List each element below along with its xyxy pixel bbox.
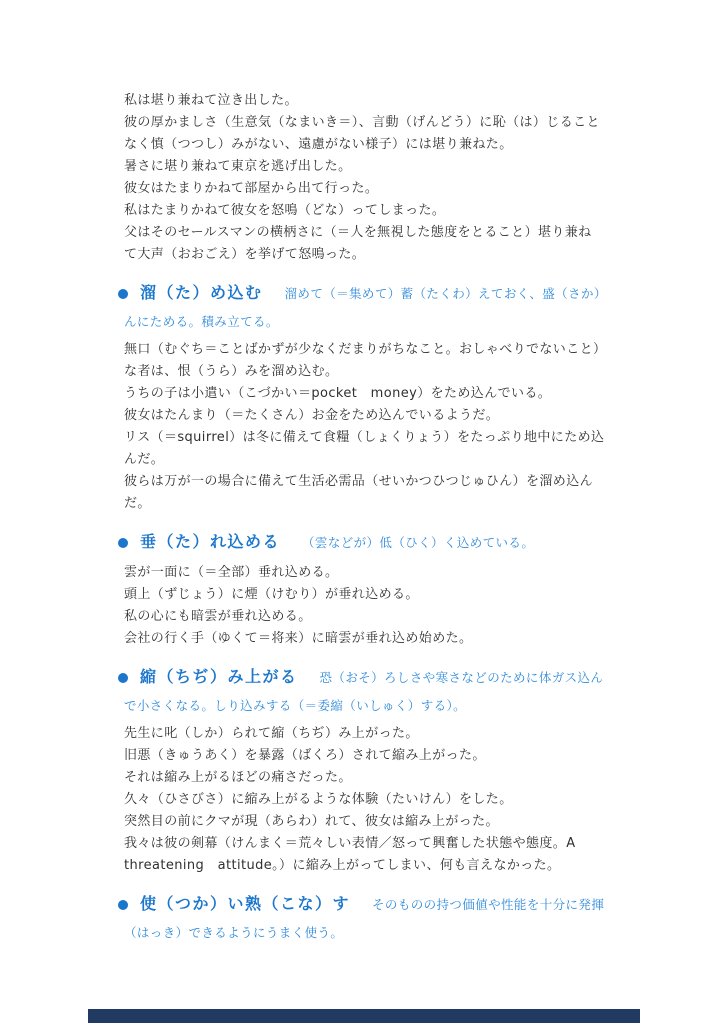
document-page: 私は堪り兼ねて泣き出した。彼の厚かましさ（生意気（なまいき＝）、言動（げんどう）… [0, 0, 724, 1023]
section-tsukaikonasu: 使（つか）い熟（こな）す そのものの持つ価値や性能を十分に発揮 （はっき）できる… [124, 891, 648, 944]
definition-continuation: で小さくなる。しり込みする（＝委縮（いしゅく）する）。 [124, 695, 648, 717]
text-line: 父はそのセールスマンの横柄さに（＝人を無視した態度をとること）堪り兼ね [124, 222, 648, 244]
text-line: threatening attitude。）に縮み上がってしまい、何も言えなかっ… [124, 855, 648, 877]
example-lines: 雲が一面に（＝全部）垂れ込める。頭上（ずじょう）に煙（けむり）が垂れ込める。私の… [124, 562, 648, 650]
section-term: 溜（た）め込む [140, 280, 263, 306]
example-lines: 無口（むぐち＝ことばかずが少なくだまりがちなこと。おしゃべりでないこと）な者は、… [124, 339, 648, 515]
bullet-icon [118, 673, 128, 683]
section-definition: そのものの持つ価値や性能を十分に発揮 [372, 892, 604, 918]
text-line: んだ。 [124, 449, 648, 471]
text-line: 彼女はたんまり（＝たくさん）お金をため込んでいるようだ。 [124, 405, 648, 427]
next-page-table-edge [88, 1009, 640, 1023]
bullet-icon [118, 289, 128, 299]
section-term: 使（つか）い熟（こな）す [140, 891, 350, 917]
text-line: 彼女はたまりかねて部屋から出て行った。 [124, 178, 648, 200]
section-heading: 垂（た）れ込める （雲などが）低（ひく）く込めている。 [118, 529, 648, 556]
section-heading: 使（つか）い熟（こな）す そのものの持つ価値や性能を十分に発揮 [118, 891, 648, 918]
section-tarekomeru: 垂（た）れ込める （雲などが）低（ひく）く込めている。 雲が一面に（＝全部）垂れ… [124, 529, 648, 650]
text-line: それは縮み上がるほどの痛さだった。 [124, 767, 648, 789]
text-line: 頭上（ずじょう）に煙（けむり）が垂れ込める。 [124, 584, 648, 606]
section-term: 縮（ちぢ）み上がる [140, 664, 298, 690]
text-line: 久々（ひさびさ）に縮み上がるような体験（たいけん）をした。 [124, 789, 648, 811]
text-line: 無口（むぐち＝ことばかずが少なくだまりがちなこと。おしゃべりでないこと） [124, 339, 648, 361]
text-line: 雲が一面に（＝全部）垂れ込める。 [124, 562, 648, 584]
text-line: だ。 [124, 493, 648, 515]
text-line: 私は堪り兼ねて泣き出した。 [124, 90, 648, 112]
intro-paragraph: 私は堪り兼ねて泣き出した。彼の厚かましさ（生意気（なまいき＝）、言動（げんどう）… [124, 90, 648, 266]
document-content: 私は堪り兼ねて泣き出した。彼の厚かましさ（生意気（なまいき＝）、言動（げんどう）… [124, 84, 648, 944]
bullet-icon [118, 900, 128, 910]
section-definition: （雲などが）低（ひく）く込めている。 [302, 530, 534, 556]
text-line: なく慎（つつし）みがない、遠慮がない様子）には堪り兼ねた。 [124, 134, 648, 156]
text-line: 暑さに堪り兼ねて東京を逃げ出した。 [124, 156, 648, 178]
example-lines: 先生に叱（しか）られて縮（ちぢ）み上がった。旧悪（きゅうあく）を暴露（ばくろ）さ… [124, 723, 648, 877]
text-line: 旧悪（きゅうあく）を暴露（ばくろ）されて縮み上がった。 [124, 745, 648, 767]
text-line: 私の心にも暗雲が垂れ込める。 [124, 606, 648, 628]
section-definition: 溜めて（＝集めて）蓄（たくわ）えておく、盛（さか） [285, 281, 607, 307]
text-line: リス（＝squirrel）は冬に備えて食糧（しょくりょう）をたっぷり地中にため込 [124, 427, 648, 449]
definition-continuation: （はっき）できるようにうまく使う。 [124, 922, 648, 944]
text-line: 私はたまりかねて彼女を怒鳴（どな）ってしまった。 [124, 200, 648, 222]
section-chijimiagaru: 縮（ちぢ）み上がる 恐（おそ）ろしさや寒さなどのために体ガス込ん で小さくなる。… [124, 664, 648, 877]
definition-continuation: んにためる。積み立てる。 [124, 311, 648, 333]
text-line: 彼の厚かましさ（生意気（なまいき＝）、言動（げんどう）に恥（は）じること [124, 112, 648, 134]
text-line: 突然目の前にクマが現（あらわ）れて、彼女は縮み上がった。 [124, 811, 648, 833]
section-tamekomu: 溜（た）め込む 溜めて（＝集めて）蓄（たくわ）えておく、盛（さか） んにためる。… [124, 280, 648, 515]
text-line: て大声（おおごえ）を挙げて怒鳴った。 [124, 244, 648, 266]
section-heading: 溜（た）め込む 溜めて（＝集めて）蓄（たくわ）えておく、盛（さか） [118, 280, 648, 307]
section-term: 垂（た）れ込める [140, 529, 280, 555]
text-line: 彼らは万が一の場合に備えて生活必需品（せいかつひつじゅひん）を溜め込ん [124, 471, 648, 493]
text-line: 会社の行く手（ゆくて＝将来）に暗雲が垂れ込め始めた。 [124, 628, 648, 650]
text-line: うちの子は小遣い（こづかい＝pocket money）をため込んでいる。 [124, 383, 648, 405]
text-line: 我々は彼の剣幕（けんまく＝荒々しい表情／怒って興奮した状態や態度。A [124, 833, 648, 855]
bullet-icon [118, 538, 128, 548]
text-line: 先生に叱（しか）られて縮（ちぢ）み上がった。 [124, 723, 648, 745]
section-definition: 恐（おそ）ろしさや寒さなどのために体ガス込ん [320, 665, 604, 691]
text-line: な者は、恨（うら）みを溜め込む。 [124, 361, 648, 383]
section-heading: 縮（ちぢ）み上がる 恐（おそ）ろしさや寒さなどのために体ガス込ん [118, 664, 648, 691]
